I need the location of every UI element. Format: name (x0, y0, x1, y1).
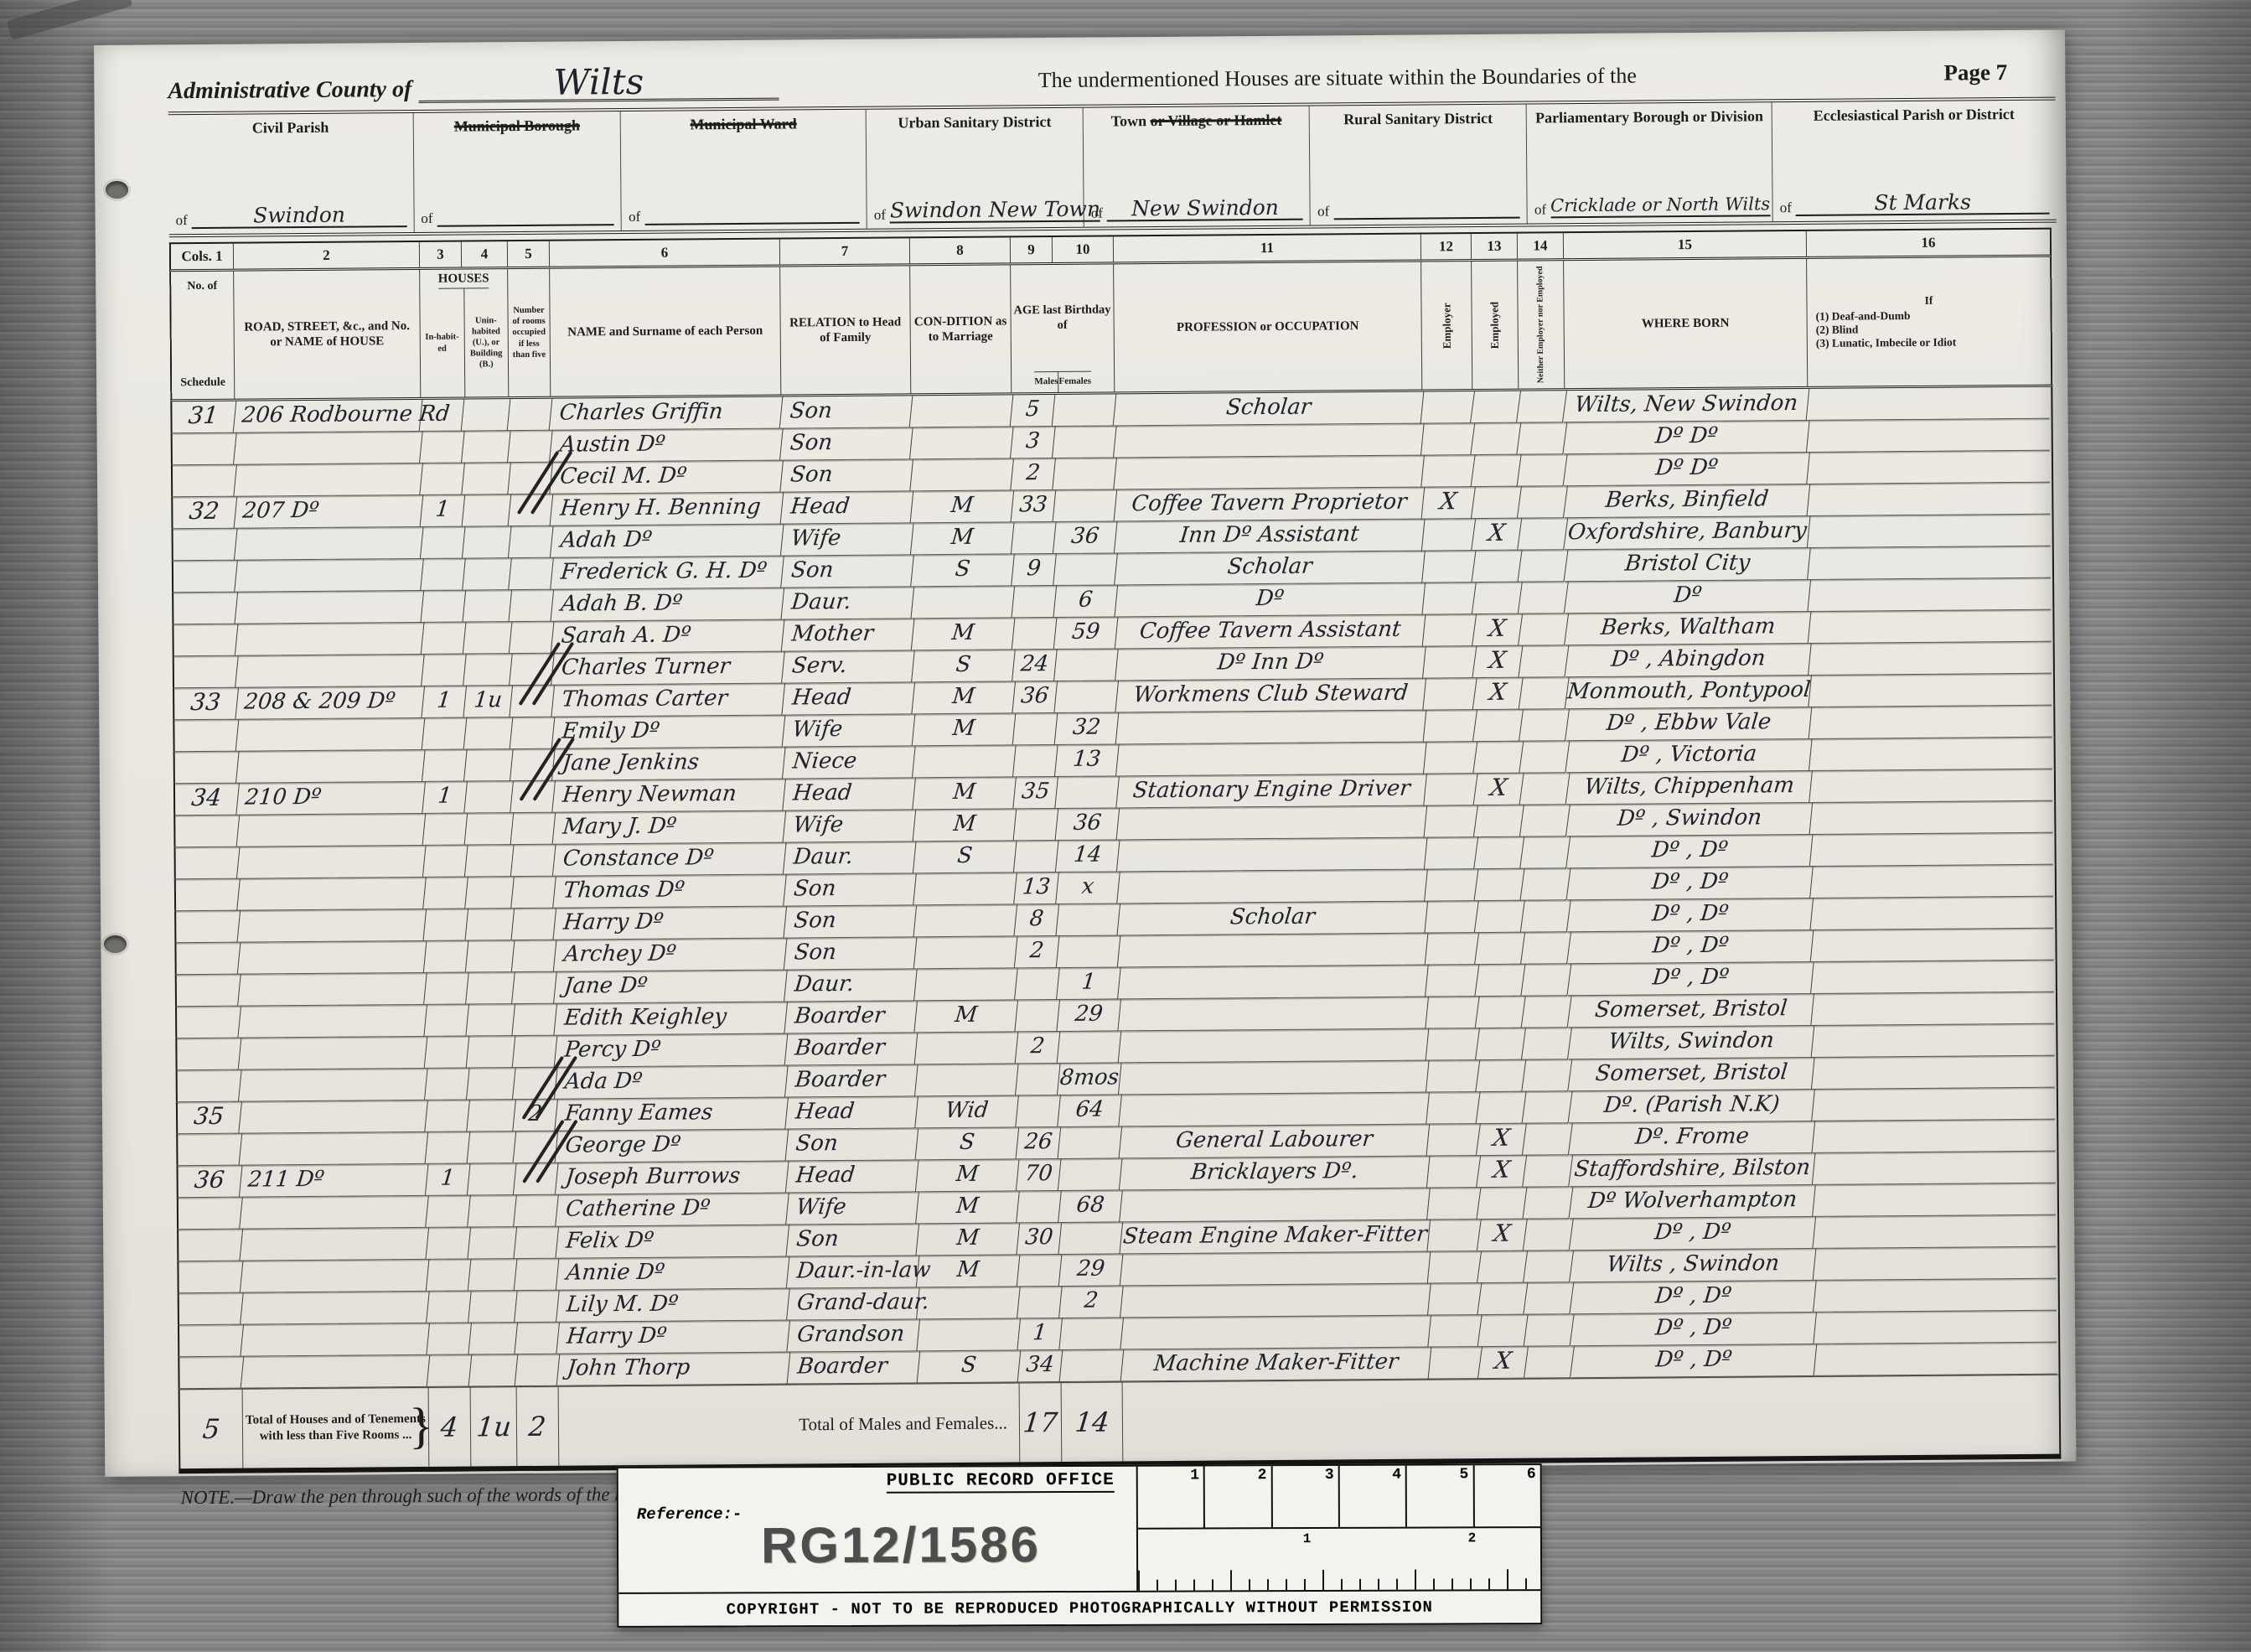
cell-cond (910, 458, 1014, 491)
cell-af: 59 (1054, 617, 1119, 650)
cell-rel: Daur. (781, 587, 914, 619)
cell-rooms (508, 399, 553, 431)
header-neither: Neither Employer nor Employed (1518, 261, 1565, 388)
cell-born: Dº , Dº (1568, 930, 1814, 964)
stamp-copyright: COPYRIGHT - NOT TO BE REPRODUCED PHOTOGR… (618, 1589, 1540, 1626)
stamp-reference-number: RG12/1586 (761, 1515, 1041, 1574)
ruler-number: 6 (1527, 1466, 1536, 1483)
cell-emp (1426, 997, 1480, 1029)
cell-rel: Son (780, 459, 913, 492)
cell-am (1012, 586, 1057, 618)
cell-uninh (463, 622, 513, 654)
cell-uninh (467, 1068, 516, 1100)
cell-road (241, 1355, 431, 1389)
cell-inh (421, 591, 466, 623)
hole-punch (106, 181, 128, 199)
cell-born: Dº , Dº (1568, 962, 1814, 996)
cell-rooms (510, 717, 556, 749)
cell-empd: X (1472, 519, 1522, 551)
cell-emp (1426, 1156, 1481, 1189)
cell-born: Dº Dº (1564, 453, 1810, 486)
cell-road (241, 1323, 430, 1357)
cell-rel: Son (784, 937, 918, 970)
cell-name: Jane Dº (554, 971, 788, 1004)
cell-af: 14 (1056, 840, 1120, 873)
cell-born: Dº , Dº (1571, 1313, 1817, 1346)
cell-uninh (468, 1291, 518, 1323)
cell-inh (427, 1323, 472, 1355)
col-num: 8 (910, 237, 1011, 263)
cell-nei (1519, 677, 1570, 709)
cell-rel: Head (781, 491, 914, 524)
cell-s (172, 561, 238, 593)
cell-am: 1 (1017, 1318, 1063, 1350)
administrative-county-line: Administrative County of Wilts The under… (168, 45, 2055, 106)
cell-inf (1807, 387, 2053, 421)
header-road: ROAD, STREET, &c., and No. or NAME of HO… (234, 270, 421, 399)
cell-name: Adah Dº (551, 525, 784, 558)
cell-inh (422, 623, 467, 655)
cell-nei (1524, 1251, 1574, 1282)
cell-s (174, 879, 241, 912)
cell-born: Dº Wolverhampton (1570, 1185, 1816, 1219)
district-label: Town or Village or Hamlet (1087, 111, 1306, 131)
cell-road (239, 1069, 428, 1102)
cell-rel: Serv. (782, 650, 915, 683)
cell-inf (1808, 515, 2054, 548)
cell-af (1060, 1349, 1125, 1382)
cell-emp (1423, 742, 1477, 774)
cell-s (176, 1038, 242, 1071)
header-houses-group: HOUSES In-habit-ed Unin-habited (U.), or… (420, 269, 509, 397)
cell-occ (1117, 838, 1428, 873)
cell-rel: Son (780, 396, 913, 428)
cell-occ (1117, 870, 1428, 904)
cell-empd: X (1472, 646, 1523, 678)
cell-am: 26 (1016, 1127, 1061, 1159)
header-rooms: Number of rooms occupied if less than fi… (508, 269, 551, 396)
cell-nei (1522, 1091, 1572, 1123)
cell-uninh (463, 590, 512, 622)
cell-am (1017, 1191, 1062, 1223)
of-label: of (1091, 205, 1103, 222)
cell-inf (1809, 706, 2056, 739)
cell-s (171, 433, 237, 466)
cell-uninh (462, 463, 511, 495)
cell-road (235, 655, 425, 688)
cell-cond (915, 1032, 1019, 1064)
cell-af (1059, 1318, 1124, 1350)
admin-county-underline: Wilts (418, 65, 779, 103)
cell-occ (1118, 934, 1429, 968)
cell-uninh (466, 940, 515, 972)
cell-born: Dº , Dº (1567, 867, 1814, 900)
district-value: Swindon (253, 203, 345, 228)
cell-road: 210 Dº (236, 782, 426, 816)
cell-rel: Head (783, 778, 916, 810)
cell-name: Sarah A. Dº (551, 620, 785, 654)
ruler-inches: 1 2 3 4 5 6 (1138, 1465, 1540, 1530)
cell-nei (1518, 454, 1568, 486)
of-label: of (874, 207, 886, 224)
cell-af (1053, 426, 1117, 458)
ruler-number: 2 (1258, 1467, 1267, 1484)
cell-road (240, 1196, 429, 1230)
cell-born: Somerset, Bristol (1568, 994, 1814, 1028)
cell-emp (1424, 837, 1478, 870)
cell-rel: Wife (783, 714, 916, 747)
cell-af: 32 (1055, 712, 1120, 745)
cell-occ: Coffee Tavern Assistant (1115, 615, 1426, 650)
cell-rooms (510, 622, 555, 654)
cell-emp (1420, 391, 1475, 424)
cell-rel: Son (780, 427, 913, 460)
cell-cond (915, 1064, 1019, 1096)
cell-born: Monmouth, Pontypool (1565, 676, 1812, 709)
cell-nei (1520, 773, 1571, 805)
cell-am (1016, 1095, 1061, 1127)
cell-af (1058, 1222, 1123, 1255)
cell-emp (1425, 933, 1479, 966)
cell-nei (1519, 614, 1569, 645)
cell-am (1015, 968, 1060, 1000)
cell-name: Adah B. Dº (551, 588, 784, 622)
cell-road: 207 Dº (235, 495, 424, 529)
cell-road (234, 463, 423, 497)
cell-emp: X (1421, 487, 1476, 520)
cell-born: Dº , Dº (1570, 1217, 1816, 1251)
cell-name: John Thorp (557, 1353, 791, 1386)
stamp-ruler: 1 2 3 4 5 6 1 2 (1138, 1465, 1541, 1591)
cell-name: Joseph Burrows (556, 1162, 789, 1195)
cell-empd (1474, 837, 1524, 869)
cell-am (1013, 745, 1058, 777)
cell-cond (910, 427, 1014, 459)
cell-inf (1809, 769, 2056, 803)
cell-am (1017, 1255, 1063, 1287)
census-page: Administrative County of Wilts The under… (94, 30, 2076, 1477)
cell-inh (426, 1196, 471, 1228)
cell-rel: Son (785, 1128, 919, 1161)
col-num: 2 (234, 242, 420, 269)
cell-empd (1473, 742, 1524, 774)
cell-emp (1423, 710, 1477, 743)
cell-s (178, 1261, 244, 1294)
cell-rel: Mother (782, 619, 915, 651)
cell-uninh: 1u (463, 686, 513, 717)
cell-cond: M (913, 809, 1017, 842)
cell-inf (1811, 929, 2057, 962)
cell-cond (913, 904, 1017, 937)
cell-rel: Boarder (788, 1351, 921, 1384)
cell-rel: Boarder (784, 1001, 918, 1033)
cell-am: 2 (1015, 936, 1060, 968)
cell-uninh (465, 845, 515, 877)
col-num: 4 (462, 241, 508, 267)
cell-inf (1807, 451, 2053, 484)
cell-am: 35 (1013, 777, 1058, 809)
cell-empd (1476, 1028, 1526, 1060)
cell-road: 211 Dº (240, 1164, 429, 1198)
header-where-born: WHERE BORN (1564, 259, 1808, 388)
cell-inf (1810, 897, 2057, 930)
total-females: 14 (1074, 1406, 1110, 1438)
cell-name: Catherine Dº (556, 1194, 789, 1227)
cell-inf (1807, 419, 2053, 453)
cell-rel: Head (785, 1096, 919, 1129)
cell-af (1058, 1126, 1122, 1159)
col-num: 10 (1053, 236, 1114, 262)
cell-rel: Wife (784, 810, 917, 842)
cell-name: Ada Dº (555, 1066, 789, 1100)
col-num: 12 (1421, 234, 1472, 259)
cell-s (177, 1198, 243, 1230)
district-value: New Swindon (1131, 195, 1279, 220)
cell-af (1054, 681, 1119, 713)
district-label: Urban Sanitary District (870, 113, 1079, 132)
cell-af: 6 (1053, 585, 1118, 618)
total-males: 17 (1022, 1406, 1058, 1438)
cell-uninh (464, 781, 514, 813)
cell-nei (1519, 741, 1570, 773)
cell-road (237, 846, 427, 879)
cell-inf (1811, 992, 2057, 1026)
cell-s (177, 1230, 243, 1262)
cell-inf (1812, 1120, 2058, 1153)
cell-af: 64 (1058, 1095, 1122, 1127)
ruler-number: 3 (1325, 1467, 1334, 1484)
cell-inf (1814, 1247, 2060, 1281)
cell-uninh (468, 1163, 517, 1195)
cell-road (239, 1100, 428, 1134)
cell-road (235, 559, 424, 593)
cell-name: Henry H. Benning (551, 493, 784, 526)
district-value: Cricklade or North Wilts (1550, 194, 1770, 215)
cell-nei (1518, 486, 1568, 518)
cell-cond: M (916, 1223, 1020, 1256)
cell-nei (1519, 709, 1570, 741)
cell-born: Dº , Dº (1567, 899, 1814, 932)
cell-rooms (509, 590, 554, 622)
cell-nei (1522, 996, 1572, 1028)
cell-af (1053, 394, 1117, 427)
district-label: Ecclesiastical Parish or District (1776, 106, 2052, 125)
cell-nei (1520, 868, 1571, 900)
cell-born: Bristol City (1565, 548, 1811, 582)
cell-occ: Stationary Engine Driver (1116, 774, 1427, 809)
cell-born: Dº , Dº (1571, 1344, 1818, 1378)
cell-inh (423, 909, 468, 941)
of-label: of (1534, 201, 1546, 218)
cell-uninh (469, 1354, 519, 1386)
cell-s (174, 911, 241, 944)
cell-occ (1116, 806, 1427, 841)
cell-name: Frederick G. H. Dº (551, 557, 784, 590)
cell-am: 34 (1018, 1350, 1063, 1382)
total-males-females-label: Total of Males and Females... (559, 1383, 1021, 1465)
cell-rel: Daur. (784, 969, 918, 1002)
cell-empd (1477, 1188, 1527, 1220)
cell-emp (1422, 614, 1477, 647)
cell-am: 30 (1017, 1223, 1062, 1255)
cell-cond: M (916, 1159, 1020, 1192)
cell-inf (1809, 642, 2055, 676)
cell-occ (1120, 1316, 1431, 1350)
cell-cond (913, 745, 1017, 778)
cell-rel: Daur. (784, 842, 917, 874)
cell-name: Edith Keighley (554, 1002, 788, 1036)
district-urban-sanitary: Urban Sanitary District ofSwindon New To… (867, 108, 1084, 229)
cell-born: Berks, Binfield (1564, 484, 1810, 518)
cell-inh (427, 1260, 472, 1292)
cell-road (238, 941, 427, 975)
header-occupation: PROFESSION or OCCUPATION (1114, 262, 1422, 392)
cell-cond (917, 1287, 1021, 1319)
cell-occ: Workmens Club Steward (1115, 679, 1426, 713)
cell-occ (1116, 711, 1427, 745)
cell-inh (422, 655, 467, 686)
district-header-row: Civil Parish ofSwindon Municipal Borough… (168, 97, 2057, 238)
cell-inh: 1 (421, 495, 466, 527)
cell-inf (1813, 1152, 2059, 1185)
ruler-centimetres: 1 2 (1138, 1528, 1540, 1591)
cell-rel: Boarder (785, 1064, 919, 1097)
cell-road (237, 814, 427, 847)
cell-emp (1427, 1283, 1482, 1316)
cell-inh (423, 814, 468, 846)
cell-cond (914, 968, 1018, 1001)
cell-nei (1524, 1219, 1574, 1251)
district-civil-parish: Civil Parish ofSwindon (168, 113, 415, 234)
cell-empd (1476, 1060, 1526, 1092)
cell-inh (425, 1069, 470, 1100)
cell-rooms (512, 972, 557, 1004)
cell-cond: M (912, 618, 1016, 650)
col-num: 13 (1472, 234, 1518, 259)
cell-uninh (465, 877, 515, 909)
cell-nei (1518, 518, 1568, 550)
cell-emp (1425, 901, 1479, 934)
total-inhabited: 4 (439, 1411, 459, 1443)
cell-name: Percy Dº (555, 1034, 789, 1068)
cell-af (1055, 776, 1120, 809)
district-parliamentary: Parliamentary Borough or Division ofCric… (1527, 102, 1773, 223)
boundaries-heading: The undermentioned Houses are situate wi… (779, 61, 1896, 100)
cell-occ: Steam Engine Maker-Fitter (1120, 1220, 1431, 1255)
cell-empd: X (1477, 1124, 1527, 1156)
cell-empd (1472, 487, 1522, 519)
cell-inh: 1 (426, 1164, 471, 1196)
cell-born: Oxfordshire, Banbury (1565, 516, 1811, 550)
cell-name: Archey Dº (554, 939, 788, 972)
cell-road (235, 591, 424, 624)
cell-inf (1814, 1279, 2060, 1313)
cell-nei (1520, 805, 1571, 836)
cell-occ (1119, 1061, 1430, 1095)
cell-road: 206 Rodbourne Rd (234, 400, 423, 433)
cell-cond (914, 936, 1018, 969)
admin-county-value: Wilts (553, 61, 644, 103)
col-num: 3 (420, 242, 462, 267)
cell-rooms (514, 1195, 559, 1227)
col-num: 16 (1807, 230, 2050, 256)
cell-uninh (463, 558, 512, 590)
cell-uninh (466, 972, 515, 1004)
cell-occ: Scholar (1114, 392, 1425, 427)
cell-am (1014, 841, 1059, 873)
col-num: 5 (508, 241, 550, 267)
cell-nei (1522, 1059, 1572, 1091)
cell-emp (1426, 1060, 1480, 1093)
cell-empd (1476, 1092, 1526, 1124)
cell-rel: Son (784, 873, 917, 906)
cell-inh (422, 750, 468, 782)
cell-occ (1114, 424, 1425, 458)
ruler-number: 1 (1303, 1531, 1312, 1546)
cell-inh (425, 1100, 470, 1132)
cell-nei (1519, 645, 1569, 677)
cell-empd (1472, 455, 1522, 487)
cell-inf (1808, 578, 2054, 612)
header-infirmities: If (1) Deaf-and-Dumb (2) Blind (3) Lunat… (1807, 257, 2051, 386)
cell-name: Thomas Carter (551, 684, 785, 717)
cell-emp (1426, 1124, 1481, 1157)
cell-s (173, 624, 239, 657)
cell-emp (1422, 646, 1477, 679)
header-schedule: No. ofSchedule (171, 272, 235, 400)
scan-corner-smudge (7, 0, 133, 40)
admin-county-label: Administrative County of (168, 76, 411, 105)
district-municipal-borough: Municipal Borough of (413, 111, 622, 232)
table-body: 31206 Rodbourne RdCharles GriffinSon5Sch… (170, 387, 2060, 1390)
cell-occ: Scholar (1115, 552, 1426, 586)
cell-born: Dº , Victoria (1566, 739, 1813, 773)
cell-emp (1420, 423, 1475, 456)
cell-rooms (509, 495, 554, 526)
cell-occ (1114, 456, 1425, 490)
cell-occ (1116, 743, 1427, 777)
cell-emp (1428, 1347, 1483, 1380)
cell-empd (1475, 965, 1525, 997)
cell-uninh (467, 1132, 516, 1163)
cell-nei (1523, 1155, 1573, 1187)
header-relation: RELATION to Head of Family (780, 266, 911, 394)
cell-am (1012, 522, 1057, 554)
cell-occ (1118, 966, 1429, 1000)
col-num: 9 (1011, 237, 1053, 262)
of-label: of (629, 209, 640, 225)
cell-empd (1476, 997, 1526, 1028)
cell-road (240, 1132, 429, 1166)
cell-inh (420, 432, 465, 463)
cell-cond: M (911, 522, 1015, 555)
cell-empd (1474, 805, 1524, 837)
cell-occ: General Labourer (1119, 1125, 1430, 1159)
cell-am (1015, 1000, 1060, 1032)
cell-cond: M (913, 777, 1017, 810)
cell-uninh (462, 399, 511, 431)
cell-empd (1474, 869, 1524, 901)
header-males: Males (1034, 372, 1058, 392)
cell-cond: S (915, 1127, 1019, 1160)
cell-nei (1524, 1346, 1575, 1378)
cell-inf (1814, 1311, 2060, 1344)
district-municipal-ward: Municipal Ward of (621, 110, 867, 230)
cell-rooms (511, 877, 556, 909)
cell-am: 36 (1012, 681, 1058, 713)
cell-rel: Grand-daur. (787, 1287, 920, 1320)
cell-af (1053, 489, 1118, 522)
